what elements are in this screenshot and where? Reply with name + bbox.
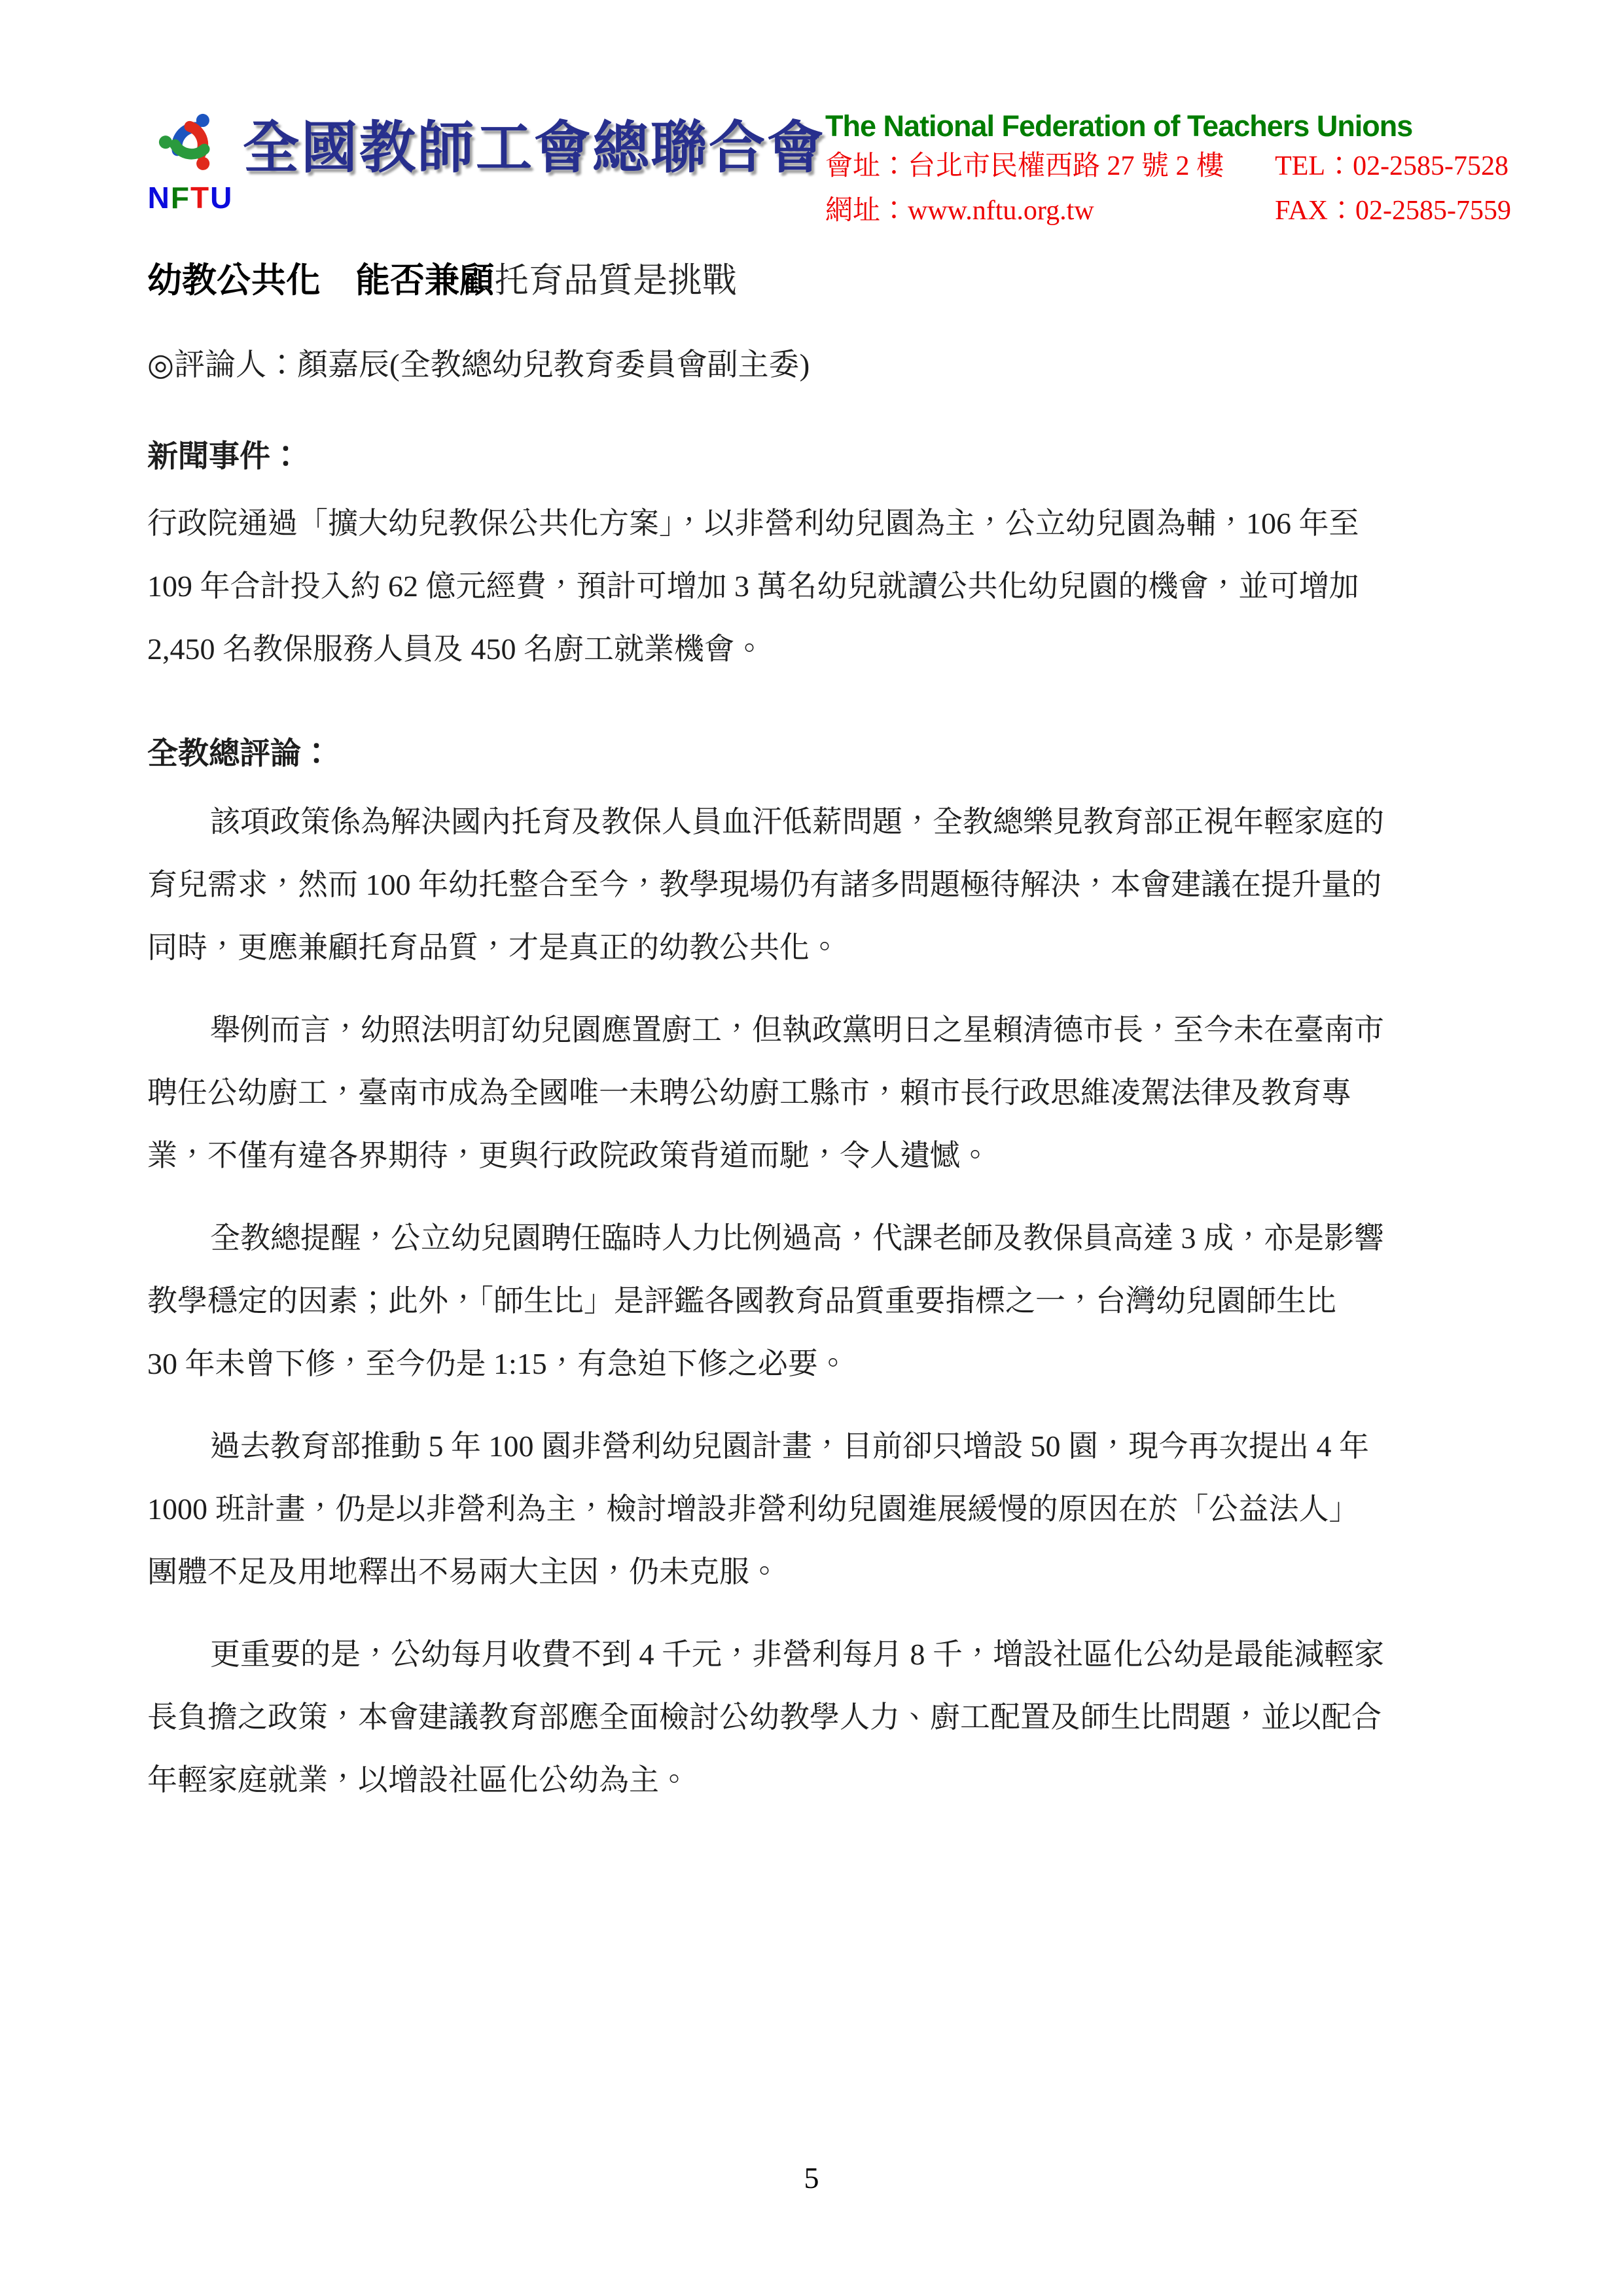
- commentary-paragraph-5: 更重要的是，公幼每月收費不到 4 千元，非營利每月 8 千，增設社區化公幼是最能…: [147, 1623, 1476, 1812]
- fax-line: FAX：02-2585-7559: [1275, 195, 1511, 226]
- commentary-paragraph-1: 該項政策係為解決國內托育及教保人員血汗低薪問題，全教總樂見教育部正視年輕家庭的 …: [147, 791, 1476, 979]
- org-name-english: The National Federation of Teachers Unio…: [825, 110, 1511, 143]
- page-number: 5: [0, 2161, 1623, 2195]
- page-content: NFTU 全國教師工會總聯合會 The National Federation …: [0, 0, 1623, 1812]
- nftu-letter-t: T: [190, 181, 210, 215]
- article-title-bold-part: 幼教公共化 能否兼顧: [147, 262, 494, 300]
- nftu-letter-n: N: [148, 181, 171, 215]
- news-event-heading: 新聞事件：: [147, 439, 1476, 475]
- nftu-logo: NFTU 全國教師工會總聯合會: [147, 98, 825, 212]
- contact-details: 會址：台北市民權西路 27 號 2 樓 TEL：02-2585-7528 網址：…: [825, 151, 1511, 226]
- commentary-paragraph-4: 過去教育部推動 5 年 100 園非營利幼兒園計畫，目前卻只增設 50 園，現今…: [147, 1415, 1476, 1604]
- byline: ◎評論人：顏嘉辰(全教總幼兒教育委員會副主委): [147, 347, 1476, 384]
- commentary-paragraph-3: 全教總提醒，公立幼兒園聘任臨時人力比例過高，代課老師及教保員高達 3 成，亦是影…: [147, 1207, 1476, 1395]
- website-line: 網址：www.nftu.org.tw: [825, 195, 1224, 226]
- commentary-heading: 全教總評論：: [147, 736, 1476, 772]
- news-event-paragraph: 行政院通過「擴大幼兒教保公共化方案」，以非營利幼兒園為主，公立幼兒園為輔，106…: [147, 492, 1476, 681]
- nftu-letter-u: U: [210, 181, 233, 215]
- article-title-regular-part: 托育品質是挑戰: [494, 262, 737, 300]
- address-line: 會址：台北市民權西路 27 號 2 樓: [825, 151, 1224, 182]
- nftu-acronym: NFTU: [147, 183, 234, 212]
- contact-block: The National Federation of Teachers Unio…: [825, 98, 1511, 226]
- tel-line: TEL：02-2585-7528: [1275, 151, 1511, 182]
- article-title: 幼教公共化 能否兼顧托育品質是挑戰: [147, 260, 1476, 301]
- three-people-triskelion-icon: [147, 102, 234, 182]
- nftu-logo-mark: NFTU: [147, 98, 234, 212]
- document-page: NFTU 全國教師工會總聯合會 The National Federation …: [0, 0, 1623, 2296]
- commentary-paragraph-2: 舉例而言，幼照法明訂幼兒園應置廚工，但執政黨明日之星賴清德市長，至今未在臺南市 …: [147, 999, 1476, 1187]
- org-name-chinese: 全國教師工會總聯合會: [243, 115, 825, 181]
- letterhead: NFTU 全國教師工會總聯合會 The National Federation …: [147, 98, 1476, 226]
- nftu-letter-f: F: [171, 181, 190, 215]
